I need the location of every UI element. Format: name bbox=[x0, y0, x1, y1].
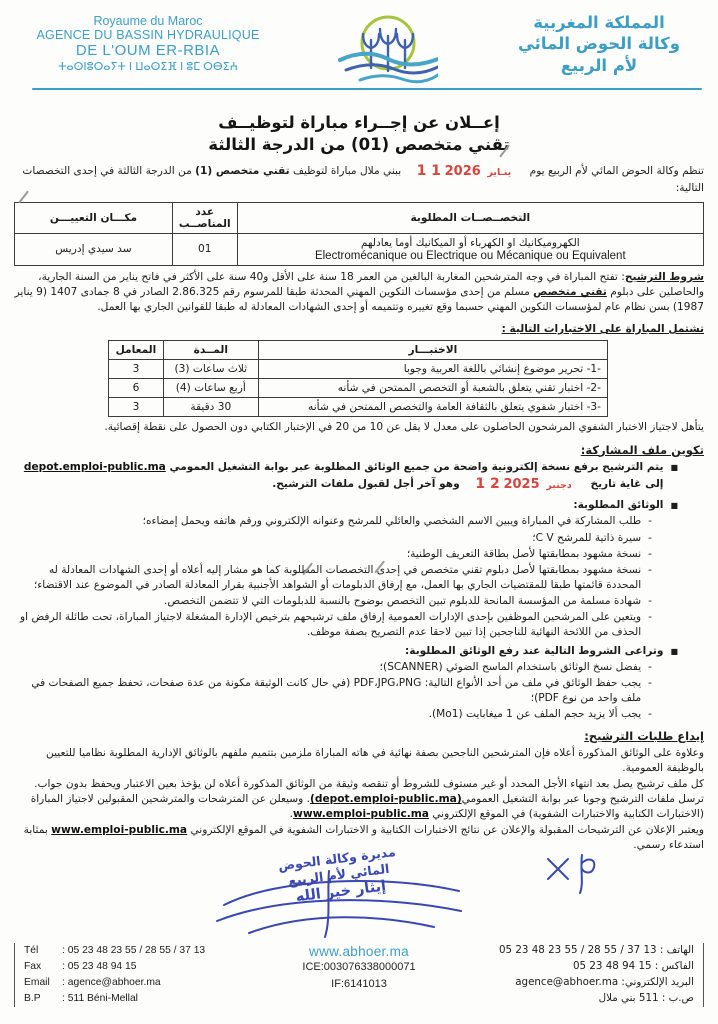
intro-job-bold: تقني متخصص (1) bbox=[195, 165, 290, 177]
footer-center-block: www.abhoer.ma ICE:003076338000071 IF:614… bbox=[255, 943, 464, 992]
dash-bullet-icon: - bbox=[648, 563, 652, 593]
exam-row: -2- اختبار تقني يتعلق بالشعبة أو التخصص … bbox=[109, 379, 608, 398]
exam-coefficient: 3 bbox=[109, 398, 164, 417]
conditions-label: شروط الترشيح bbox=[625, 271, 704, 283]
exam-date-year: 2026 bbox=[445, 164, 481, 179]
footer-email-link[interactable]: agence@abhoer.ma bbox=[68, 977, 161, 988]
positions-count-cell: 01 bbox=[172, 233, 237, 265]
doc-item: -نسخة مشهود بمطابقتها لأصل دبلوم تقني مت… bbox=[14, 563, 652, 593]
conditions-diploma-underlined: تقني متخصص bbox=[533, 286, 607, 298]
doc-item: -شهادة مسلمة من المؤسسة المانحة للدبلوم … bbox=[14, 594, 652, 609]
deadline-month: دجنبر bbox=[546, 480, 571, 491]
footer-french-block: Tél: 05 23 48 23 55 / 28 55 / 37 13 Fax:… bbox=[14, 943, 255, 1007]
footer-ice-number: ICE:003076338000071 bbox=[255, 959, 464, 976]
exam-name: -2- اختبار تقني يتعلق بالشعبة أو التخصص … bbox=[258, 379, 607, 398]
square-bullet-icon: ■ bbox=[670, 460, 678, 495]
deposit-paragraph-3: ترسل ملفات الترشيح وجوبا عبر بوابة التشغ… bbox=[14, 792, 704, 823]
agency-name-fr-1: AGENCE DU BASSIN HYDRAULIQUE bbox=[14, 28, 282, 42]
submission-text: يتم الترشيح برفع نسخة إلكترونية واضحة من… bbox=[14, 460, 663, 495]
specialty-cell: الكهروميكانيك او الكهرباء أو الميكانيك أ… bbox=[237, 233, 703, 265]
specialty-french: Electromécanique ou Electrique ou Mécani… bbox=[244, 250, 697, 262]
exam-coefficient: 6 bbox=[109, 379, 164, 398]
footer-fax-value-ar: 05 23 48 94 15 bbox=[573, 959, 652, 975]
footer-email-row-ar: البريد الإلكتروني: agence@abhoer.ma bbox=[463, 975, 694, 991]
doc-item: -نسخة مشهود بمطابقتها لأصل بطاقة التعريف… bbox=[14, 547, 652, 562]
footer-bp-value-ar: 511 بني ملال bbox=[599, 992, 659, 1004]
upload-rule-item: -يفضل نسخ الوثائق باستخدام الماسح الضوئي… bbox=[14, 660, 652, 675]
upload-rules-heading: ■ وتراعى الشروط التالية عند رفع الوثائق … bbox=[14, 644, 678, 659]
agency-logo-icon bbox=[338, 10, 438, 100]
exam-coefficient: 3 bbox=[109, 360, 164, 379]
exam-row: -3- اختبار شفوي يتعلق بالثقافة العامة وا… bbox=[109, 398, 608, 417]
footer-bp-value: 511 Béni-Mellal bbox=[68, 993, 138, 1004]
exam-row: -1- تحرير موضوع إنشائي باللغة العربية وج… bbox=[109, 360, 608, 379]
exam-duration: أربع ساعات (4) bbox=[163, 379, 258, 398]
signature-scribble-icon bbox=[209, 863, 469, 941]
announcement-title: إعــلان عن إجــراء مباراة لتوظيــف تقني … bbox=[14, 112, 704, 157]
specialty-arabic: الكهروميكانيك او الكهرباء أو الميكانيك أ… bbox=[244, 237, 697, 249]
dash-bullet-icon: - bbox=[648, 707, 652, 722]
dash-bullet-icon: - bbox=[648, 594, 652, 609]
col-header-location: مكـــان التعييـــن bbox=[15, 202, 173, 233]
doc-item: -ويتعين على المرشحين الموظفين بإحدى الإد… bbox=[14, 610, 652, 640]
emploi-public-link[interactable]: www.emploi-public.ma bbox=[51, 823, 187, 838]
deadline-day: 1 2 bbox=[475, 476, 499, 492]
signature-initials-icon bbox=[542, 849, 602, 897]
kingdom-title-fr: Royaume du Maroc bbox=[14, 14, 282, 28]
submission-text-1: يتم الترشيح برفع نسخة إلكترونية واضحة من… bbox=[166, 461, 664, 473]
kingdom-title-ar: المملكة المغربية bbox=[494, 12, 704, 33]
col-header-coefficient: المعامل bbox=[109, 341, 164, 360]
agency-name-ar-2: لأم الربيع bbox=[494, 55, 704, 76]
deadline-year: 2025 bbox=[503, 477, 539, 492]
depot-portal-link[interactable]: (depot.emploi-public.ma) bbox=[310, 792, 462, 807]
exams-intro: تشتمل المباراة على الاختبارات التالية : bbox=[14, 322, 704, 337]
agency-website-link[interactable]: www.abhoer.ma bbox=[255, 944, 464, 959]
deposit-paragraph-2: كل ملف ترشيح يصل بعد انتهاء الأجل المحدد… bbox=[14, 777, 704, 792]
square-bullet-icon: ■ bbox=[670, 498, 678, 513]
footer-tel-value: 05 23 48 23 55 / 28 55 / 37 13 bbox=[68, 945, 205, 956]
letterhead-arabic-block: المملكة المغربية وكالة الحوض المائي لأم … bbox=[494, 8, 704, 76]
intro-text-before: تنظم وكالة الحوض المائي لأم الربيع يوم bbox=[530, 165, 704, 177]
dash-bullet-icon: - bbox=[648, 531, 652, 546]
footer-fax-row-ar: الفاكس : 05 23 48 94 15 bbox=[463, 959, 694, 975]
agency-name-tifinagh: ⵜⴰⵙⵏⵓⵔⴰⵢⵜ ⵏ ⵡⴰⵙⵉⴼ ⵏ ⵓⵎ ⵔⴱⵉⵄ bbox=[14, 60, 282, 73]
specialties-table: التخصــصــات المطلوبة عدد المناصــب مكــ… bbox=[14, 202, 704, 266]
title-line-2: تقني متخصص (01) من الدرجة الثالثة bbox=[14, 134, 704, 156]
deposit-p4-text-1: ويعتبر الإعلان عن الترشيحات المقبولة وال… bbox=[187, 824, 704, 836]
exam-date-day: 1 1 bbox=[417, 163, 441, 179]
dash-bullet-icon: - bbox=[648, 660, 652, 675]
upload-rule-item: -يجب حفظ الوثائق في ملف من أحد الأنواع ا… bbox=[14, 676, 652, 706]
col-header-exam: الاختبـــار bbox=[258, 341, 607, 360]
depot-portal-link[interactable]: depot.emploi-public.ma bbox=[24, 460, 166, 475]
dash-bullet-icon: - bbox=[648, 676, 652, 706]
exams-table: الاختبـــار المــدة المعامل -1- تحرير مو… bbox=[108, 340, 608, 417]
participation-heading: تكوين ملف المشاركة: bbox=[14, 443, 704, 457]
footer-arabic-block: الهاتف : 05 23 48 23 55 / 28 55 / 37 13 … bbox=[463, 943, 704, 1007]
letterhead-french-block: Royaume du Maroc AGENCE DU BASSIN HYDRAU… bbox=[14, 8, 282, 73]
document-page: Royaume du Maroc AGENCE DU BASSIN HYDRAU… bbox=[0, 0, 718, 1024]
agency-name-ar-1: وكالة الحوض المائي bbox=[494, 33, 704, 54]
location-cell: سد سيدي إدريس bbox=[15, 233, 173, 265]
required-docs-heading: ■ الوثائق المطلوبة: bbox=[14, 498, 678, 513]
agency-name-fr-2: DE L'OUM ER-RBIA bbox=[14, 42, 282, 59]
footer-email-row: Email: agence@abhoer.ma bbox=[24, 975, 255, 991]
doc-item: -طلب المشاركة في المباراة ويبين الاسم ال… bbox=[14, 514, 652, 529]
footer-tel-row: Tél: 05 23 48 23 55 / 28 55 / 37 13 bbox=[24, 943, 255, 959]
exam-duration: ثلاث ساعات (3) bbox=[163, 360, 258, 379]
footer-email-link-ar[interactable]: agence@abhoer.ma bbox=[515, 975, 618, 991]
footer-contacts: Tél: 05 23 48 23 55 / 28 55 / 37 13 Fax:… bbox=[14, 943, 704, 1013]
square-bullet-icon: ■ bbox=[670, 644, 678, 659]
col-header-duration: المــدة bbox=[163, 341, 258, 360]
deposit-paragraph-1: وعلاوة على الوثائق المذكورة أعلاه فإن ال… bbox=[14, 746, 704, 777]
footer-if-number: IF:6141013 bbox=[255, 976, 464, 993]
footer-fax-row: Fax: 05 23 48 94 15 bbox=[24, 959, 255, 975]
upload-rule-item: -يجب ألا يزيد حجم الملف عن 1 ميغابايت (M… bbox=[14, 707, 652, 722]
conditions-paragraph: شروط الترشيح: تفتح المباراة في وجه المتر… bbox=[14, 270, 704, 316]
signature-area: مديرة وكالة الحوض المائي لأم الربيع إيثا… bbox=[14, 855, 704, 941]
exam-name: -1- تحرير موضوع إنشائي باللغة العربية وج… bbox=[258, 360, 607, 379]
deposit-heading: إيداع طلبات الترشيح: bbox=[14, 729, 704, 743]
specialties-data-row: الكهروميكانيك او الكهرباء أو الميكانيك أ… bbox=[15, 233, 704, 265]
exam-date-month: ينـاير bbox=[488, 167, 512, 178]
submission-text-2: إلى غاية تاريخ bbox=[590, 478, 663, 490]
footer-fax-value: 05 23 48 94 15 bbox=[68, 961, 137, 972]
dash-bullet-icon: - bbox=[648, 610, 652, 640]
footer-tel-value-ar: 05 23 48 23 55 / 28 55 / 37 13 bbox=[499, 943, 657, 959]
doc-item: -سيرة ذاتية للمرشح C V؛ bbox=[14, 531, 652, 546]
oral-exam-note: يتأهل لاجتياز الاختبار الشفوي المرشحون ا… bbox=[14, 420, 704, 435]
intro-text-after1: ببني ملال مباراة لتوظيف bbox=[290, 165, 402, 177]
exams-header-row: الاختبـــار المــدة المعامل bbox=[109, 341, 608, 360]
deposit-p3-text-1: ترسل ملفات الترشيح وجوبا عبر بوابة التشغ… bbox=[462, 793, 704, 805]
col-header-positions: عدد المناصــب bbox=[172, 202, 237, 233]
title-line-1: إعــلان عن إجــراء مباراة لتوظيــف bbox=[14, 112, 704, 134]
deadline-date-stamp: 1 2 دجنبر 2025 bbox=[463, 475, 586, 495]
submission-bullet: ■ يتم الترشيح برفع نسخة إلكترونية واضحة … bbox=[14, 460, 678, 495]
intro-paragraph: تنظم وكالة الحوض المائي لأم الربيع يوم 1… bbox=[14, 161, 704, 197]
col-header-specialties: التخصــصــات المطلوبة bbox=[237, 202, 703, 233]
exam-duration: 30 دقيقة bbox=[163, 398, 258, 417]
footer-tel-row-ar: الهاتف : 05 23 48 23 55 / 28 55 / 37 13 bbox=[463, 943, 694, 959]
specialties-header-row: التخصــصــات المطلوبة عدد المناصــب مكــ… bbox=[15, 202, 704, 233]
dash-bullet-icon: - bbox=[648, 547, 652, 562]
dash-bullet-icon: - bbox=[648, 514, 652, 529]
letterhead: Royaume du Maroc AGENCE DU BASSIN HYDRAU… bbox=[14, 8, 704, 104]
submission-text-3: وهو آخر أجل لقبول ملفات الترشيح. bbox=[272, 478, 459, 490]
emploi-public-link[interactable]: www.emploi-public.ma bbox=[293, 807, 429, 822]
exam-date-stamp: 1 1 ينـاير 2026 bbox=[405, 161, 527, 182]
footer-bp-row: B.P: 511 Béni-Mellal bbox=[24, 991, 255, 1007]
footer-bp-row-ar: ص.ب : 511 بني ملال bbox=[463, 991, 694, 1007]
exam-name: -3- اختبار شفوي يتعلق بالثقافة العامة وا… bbox=[258, 398, 607, 417]
